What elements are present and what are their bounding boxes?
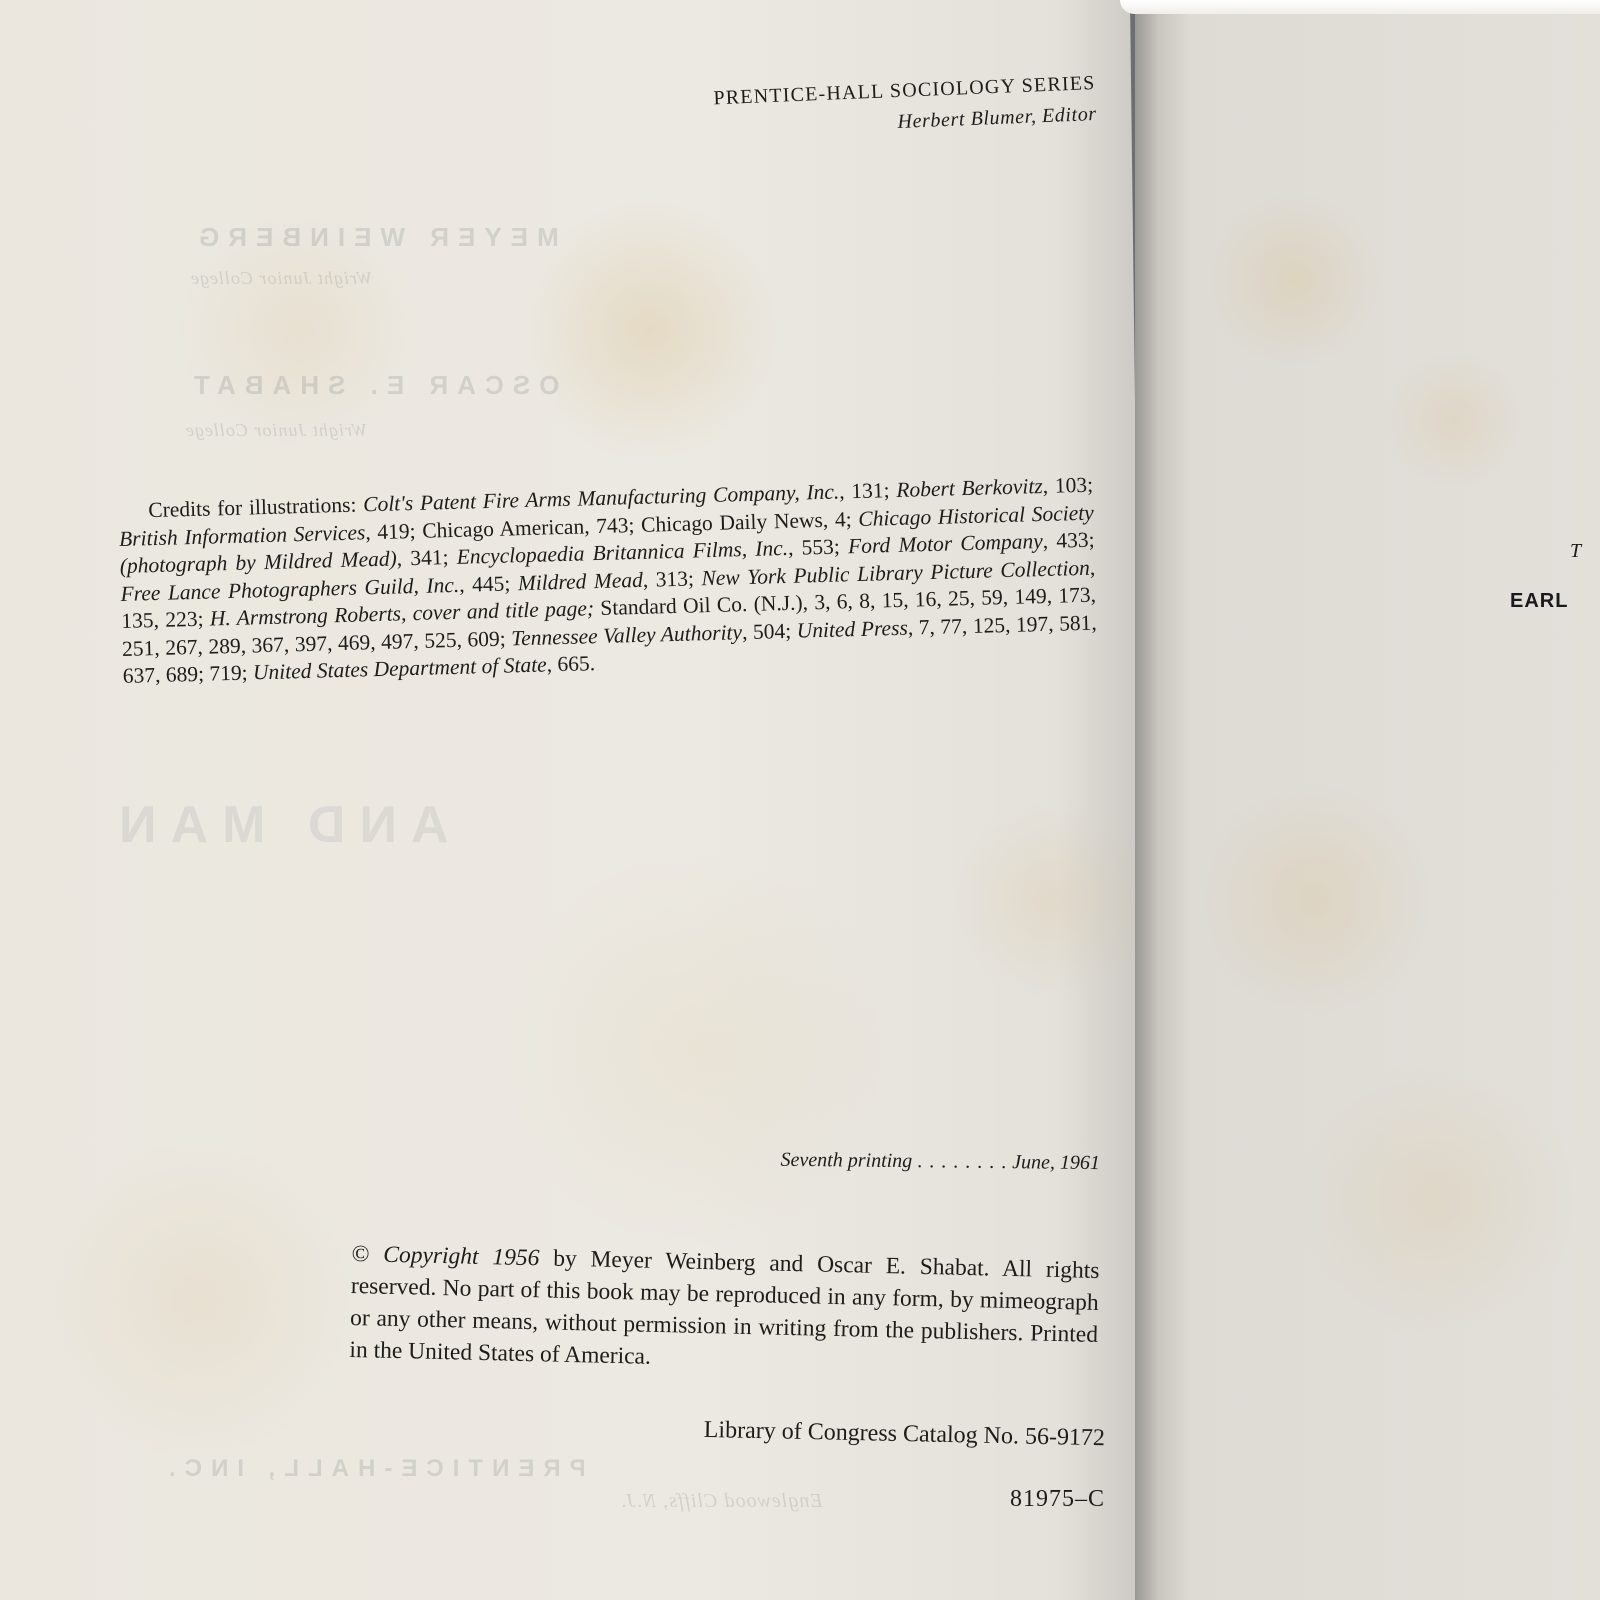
credit-pages: , 419;: [365, 518, 423, 544]
bleed-author1-affiliation: Wright Junior College: [190, 268, 372, 289]
credit-source: Chicago American: [422, 514, 585, 542]
credit-pages: , 131;: [839, 478, 897, 504]
credit-pages: , 743;: [584, 512, 642, 538]
page-edge: [1120, 0, 1600, 14]
bleed-title-fragment: AND MAN: [105, 795, 449, 855]
copyright-year: Copyright 1956: [383, 1242, 540, 1272]
bleed-author2-affiliation: Wright Junior College: [185, 420, 367, 441]
printing-line: Seventh printing . . . . . . . . June, 1…: [700, 1148, 1100, 1175]
credit-source: Standard Oil Co. (N.J.): [600, 591, 803, 620]
right-page-fragment-t: T: [1570, 540, 1581, 563]
printing-leader: . . . . . . . .: [917, 1150, 1007, 1173]
credit-pages: , 504;: [742, 618, 797, 643]
copyright-symbol: ©: [351, 1241, 369, 1267]
credit-pages: , 313;: [642, 566, 701, 592]
credit-pages: , 553;: [788, 534, 849, 560]
credit-pages: , cover and title page;: [401, 596, 601, 625]
right-page: [1135, 0, 1600, 1600]
bleed-publisher-location: Englewood Cliffs, N.J.: [620, 1490, 823, 1513]
credit-source: Ford Motor Company: [848, 529, 1043, 558]
right-page-fragment-earl: EARL: [1510, 590, 1568, 613]
credit-source: Robert Berkovitz: [896, 474, 1043, 502]
book-spread: MEYER WEINBERG Wright Junior College OSC…: [0, 0, 1600, 1600]
bleed-publisher: PRENTICE-HALL, INC.: [160, 1455, 586, 1483]
credit-source: United States Department of State: [253, 652, 547, 684]
copyright-notice: © Copyright 1956 by Meyer Weinberg and O…: [349, 1238, 1100, 1383]
credit-source: British Information Services: [119, 520, 366, 551]
printing-label: Seventh printing: [780, 1149, 912, 1172]
printing-date: June, 1961: [1012, 1151, 1100, 1174]
credit-source: H. Armstrong Roberts: [209, 601, 401, 630]
credit-pages: , 433;: [1042, 528, 1094, 553]
credit-pages: , 103;: [1042, 473, 1093, 498]
credit-pages: , 445;: [459, 571, 518, 597]
credit-source: Chicago Daily News: [641, 507, 823, 536]
bleed-author1: MEYER WEINBERG: [190, 222, 559, 253]
printing-code: 81975–C: [900, 1486, 1105, 1513]
bleed-author2: OSCAR E. SHABAT: [185, 370, 559, 401]
credit-pages: , 665.: [546, 651, 595, 676]
illustration-credits: Credits for illustrations: Colt's Patent…: [118, 472, 1098, 691]
credit-source: Mildred Mead: [518, 567, 644, 594]
credits-lead: Credits for illustrations:: [148, 492, 363, 522]
credit-source: Tennessee Valley Authority: [511, 620, 742, 650]
credit-pages: , 341;: [396, 545, 457, 571]
credit-pages: , 4;: [822, 506, 858, 531]
credit-source: United Press: [796, 615, 908, 642]
credits-paragraph: Credits for illustrations: Colt's Patent…: [118, 472, 1098, 691]
